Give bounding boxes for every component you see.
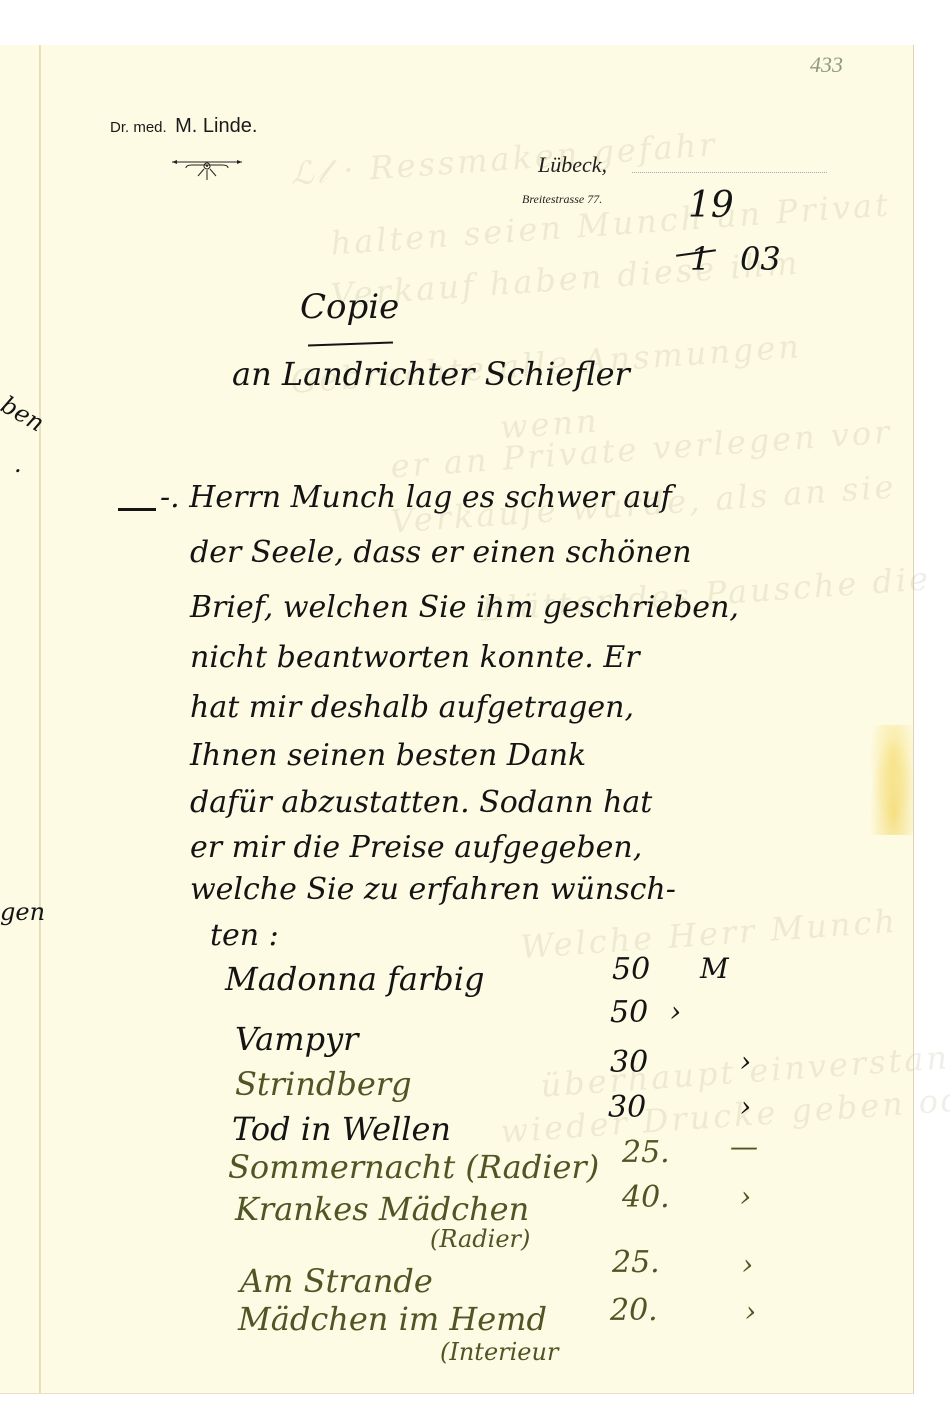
bleed-through-text: ℒ𝓁 · Ressmaken gefahr	[289, 125, 719, 194]
artwork-note: (Interieur	[440, 1338, 558, 1366]
price-unit: ›	[742, 1248, 753, 1281]
letterhead-ornament-icon	[172, 158, 242, 182]
price-unit: ›	[740, 1045, 751, 1078]
archive-number: 433	[810, 52, 843, 78]
date-month: 1	[690, 240, 710, 278]
body-line: der Seele, dass er einen schönen	[190, 535, 692, 570]
yellow-stain	[865, 725, 913, 835]
date-dotted-line	[632, 172, 827, 173]
artwork-title: Krankes Mädchen	[235, 1190, 529, 1228]
artwork-price: 50	[612, 952, 650, 987]
price-unit: ›	[740, 1180, 751, 1213]
date-day: 19	[688, 185, 734, 226]
body-line: welche Sie zu erfahren wünsch-	[190, 872, 676, 907]
artwork-title: Mädchen im Hemd	[238, 1300, 547, 1338]
price-unit: ›	[740, 1090, 751, 1123]
artwork-note: (Radier)	[430, 1225, 530, 1253]
body-line: -. Herrn Munch lag es schwer auf	[160, 480, 672, 515]
letterhead-city: Lübeck,	[538, 152, 607, 178]
fold-crease	[39, 45, 41, 1393]
date-year: 03	[740, 240, 781, 278]
artwork-title: Tod in Wellen	[232, 1110, 451, 1148]
price-unit: M	[700, 952, 729, 985]
artwork-price: 50	[610, 995, 648, 1030]
artwork-price: 25.	[622, 1135, 670, 1170]
artwork-title: Madonna farbig	[225, 960, 484, 998]
letterhead: Dr. med. M. Linde.	[110, 115, 257, 138]
letterhead-street: Breitestrasse 77.	[522, 192, 602, 207]
artwork-price: 20.	[610, 1293, 658, 1328]
bleed-through-text: halten seien Munch an Privat	[329, 185, 892, 262]
price-unit: —	[730, 1130, 758, 1163]
opening-dash	[118, 508, 156, 511]
artwork-price: 30	[608, 1090, 646, 1125]
document-title: Copie	[300, 287, 399, 327]
body-line: ten :	[210, 918, 279, 953]
letterhead-title: Dr. med.	[110, 119, 167, 136]
body-line: dafür abzustatten. Sodann hat	[190, 785, 652, 820]
margin-fragment: gen	[0, 898, 45, 926]
body-line: er mir die Preise aufgegeben,	[190, 830, 642, 865]
artwork-title: Vampyr	[235, 1020, 358, 1058]
body-line: nicht beantworten konnte. Er	[190, 640, 640, 675]
price-unit: ›	[745, 1295, 756, 1328]
body-line: Ihnen seinen besten Dank	[190, 738, 586, 773]
artwork-title: Am Strande	[240, 1262, 433, 1300]
artwork-title: Sommernacht (Radier)	[228, 1148, 599, 1186]
price-unit: ›	[670, 995, 681, 1028]
body-line: hat mir deshalb aufgetragen,	[190, 690, 634, 725]
artwork-price: 30	[610, 1045, 648, 1080]
recipient-line: an Landrichter Schiefler	[232, 355, 630, 393]
body-line: Brief, welchen Sie ihm geschrieben,	[190, 590, 739, 625]
artwork-title: Strindberg	[235, 1065, 412, 1103]
letterhead-name: M. Linde.	[175, 115, 257, 137]
margin-fragment: .	[14, 450, 22, 478]
artwork-price: 25.	[612, 1245, 660, 1280]
artwork-price: 40.	[622, 1180, 670, 1215]
